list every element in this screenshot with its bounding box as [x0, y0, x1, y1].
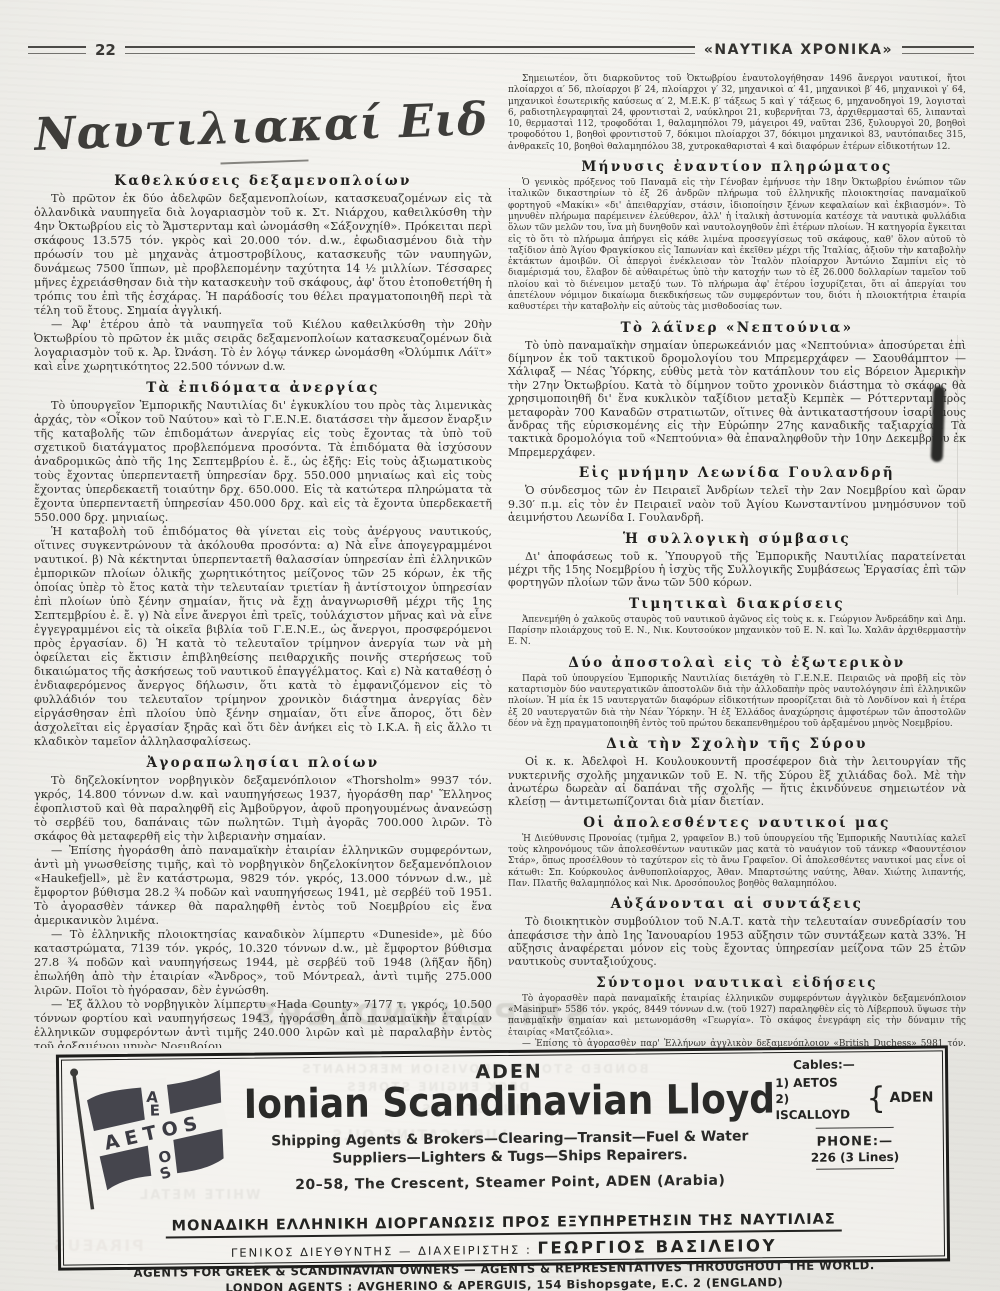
svg-text:E: E [150, 1101, 161, 1119]
section-heading: Δύο ἀποστολαὶ εἰς τὸ ἐξωτερικὸν [508, 655, 966, 671]
article-body: Ναυτιλιακαί Ειδήσεις Καθελκύσεις δεξαμεν… [34, 70, 966, 1048]
section-heading: Τιμητικαὶ διακρίσεις [508, 596, 966, 612]
script-headline: Ναυτιλιακαί Ειδήσεις [34, 70, 492, 175]
cables-label: Cables:— [775, 1056, 933, 1072]
scanned-magazine-page: { "page": { "number": "22", "masthead": … [0, 0, 1000, 1291]
cables-row: 1) AETOS2) ISCALLOYD { ADEN [775, 1073, 933, 1123]
section-heading: Σύντομοι ναυτικαὶ εἰδήσεις [508, 975, 966, 991]
aetos-flag-logo: AETOS A E O S [65, 1062, 245, 1216]
paragraph: Τὸ δηζελοκίνητον νορβηγικὸν δεξαμενόπλοι… [34, 774, 492, 844]
right-column: Σημειωτέον, ὅτι διαρκοῦντος τοῦ Ὀκτωβρίο… [508, 70, 966, 1048]
magazine-masthead: «ΝΑΥΤΙΚΑ ΧΡΟΝΙΚΑ» [704, 42, 893, 58]
page-number: 22 [95, 41, 116, 59]
paragraph: — Τὸ ἑλληνικῆς πλοιοκτησίας καναδικὸν λί… [34, 928, 492, 998]
section-heading: Μήνυσις ἐναντίον πληρώματος [508, 159, 966, 175]
paragraph: — Ἀφ' ἑτέρου ἀπὸ τὰ ναυπηγεῖα τοῦ Κιέλου… [34, 318, 492, 374]
paragraph: — Ἐξ ἄλλου τὸ νορβηγικὸν λίμπερτυ «Hada … [34, 998, 492, 1048]
paragraph: Τὸ ὑπὸ παναμαϊκὴν σημαίαν ὑπερωκεάνιόν μ… [508, 339, 966, 460]
section-heading: Ἡ συλλογικὴ σύμβασις [508, 531, 966, 547]
paragraph: Ὁ γενικὸς πρόξενος τοῦ Παναμᾶ εἰς τὴν Γέ… [508, 178, 966, 314]
cables-list: 1) AETOS2) ISCALLOYD [775, 1074, 861, 1123]
section-heading: Τὰ ἐπιδόματα ἀνεργίας [34, 380, 492, 396]
paragraph: Ἀπενεμήθη ὁ χαλκοῦς σταυρὸς τοῦ ναυτικοῦ… [508, 615, 966, 649]
paragraph: Τὸ ἀγορασθὲν παρὰ παναμαϊκῆς ἑταιρίας ἑλ… [508, 994, 966, 1039]
section-heading: Τὸ λάϊνερ «Νεπτούνια» [508, 320, 966, 336]
section-heading: Οἱ ἀπολεσθέντες ναυτικοί μας [508, 815, 966, 831]
director-name: ΓΕΩΡΓΙΟΣ ΒΑΣΙΛΕΙΟΥ [537, 1236, 777, 1258]
header-rule-right [902, 46, 974, 54]
section-heading: Εἰς μνήμην Λεωνίδα Γουλανδρῆ [508, 465, 966, 481]
left-column-blocks: Καθελκύσεις δεξαμενοπλοίωνΤὸ πρῶτον ἐκ δ… [34, 173, 492, 1048]
section-heading: Καθελκύσεις δεξαμενοπλοίων [34, 173, 492, 189]
paragraph: Δι' ἀποφάσεως τοῦ κ. Ὑπουργοῦ τῆς Ἐμπορι… [508, 550, 966, 590]
section-heading: Διὰ τὴν Σχολὴν τῆς Σύρου [508, 736, 966, 752]
aetos-flag-icon: AETOS A E O S [65, 1062, 239, 1212]
ad-top-row: AETOS A E O S ADEN Ionian Scandinavian L… [59, 1048, 947, 1215]
section-heading: Ἀγοραπωλησίαι πλοίων [34, 755, 492, 771]
phone-label: PHONE:— [776, 1133, 934, 1150]
cable-item: 1) AETOS [775, 1074, 860, 1091]
ad-main: ADEN Ionian Scandinavian Lloyd Shipping … [243, 1056, 777, 1214]
paragraph: Ὁ σύνδεσμος τῶν ἐν Πειραιεῖ Ἀνδρίων τελε… [508, 484, 966, 524]
header-rule-middle [125, 46, 695, 54]
section-heading: Αὐξάνονται αἱ συντάξεις [508, 896, 966, 912]
director-label: ΓΕΝΙΚΟΣ ΔΙΕΥΘΥΝΤΗΣ — ΔΙΑΧΕΙΡΙΣΤΗΣ : [231, 1243, 532, 1260]
left-column: Ναυτιλιακαί Ειδήσεις Καθελκύσεις δεξαμεν… [34, 70, 492, 1048]
phone-number: 226 (3 Lines) [776, 1149, 934, 1165]
ad-company-name: Ionian Scandinavian Lloyd [243, 1080, 775, 1127]
paragraph: Οἱ κ. κ. Ἀδελφοὶ Η. Κουλουκουντῆ προσέφε… [508, 755, 966, 809]
paragraph: Ἡ Διεύθυνσις Προνοίας (τμῆμα 2, γραφεῖον… [508, 834, 966, 890]
page-header: 22 «ΝΑΥΤΙΚΑ ΧΡΟΝΙΚΑ» [28, 41, 974, 59]
paragraph: Τὸ ὑπουργεῖον Ἐμπορικῆς Ναυτιλίας δι' ἐγ… [34, 399, 492, 525]
paragraph: Σημειωτέον, ὅτι διαρκοῦντος τοῦ Ὀκτωβρίο… [508, 74, 966, 153]
ad-bottom-rows: ΜΟΝΑΔΙΚΗ ΕΛΛΗΝΙΚΗ ΔΙΟΡΓΑΝΩΣΙΣ ΠΡΟΣ ΕΞΥΠΗ… [61, 1207, 948, 1291]
brace-glyph: { [866, 1081, 885, 1116]
cables-rule [816, 1126, 894, 1128]
paragraph: Παρὰ τοῦ ὑπουργείου Ἐμπορικῆς Ναυτιλίας … [508, 674, 966, 730]
header-rule-left [28, 46, 86, 54]
paragraph: Τὸ διοικητικὸν συμβούλιον τοῦ Ν.Α.Τ. κατ… [508, 915, 966, 969]
ad-contact-block: Cables:— 1) AETOS2) ISCALLOYD { ADEN PHO… [775, 1054, 935, 1208]
cable-item: 2) ISCALLOYD [775, 1090, 860, 1123]
paragraph: Τὸ πρῶτον ἐκ δύο ἀδελφῶν δεξαμενοπλοίων,… [34, 192, 492, 318]
ad-greek-slogan: ΜΟΝΑΔΙΚΗ ΕΛΛΗΝΙΚΗ ΔΙΟΡΓΑΝΩΣΙΣ ΠΡΟΣ ΕΞΥΠΗ… [166, 1211, 842, 1238]
ad-address: 20–58, The Crescent, Steamer Point, ADEN… [244, 1172, 776, 1194]
paragraph: — Ἐπίσης ἠγοράσθη ἀπὸ παναμαϊκὴν ἑταιρία… [34, 844, 492, 928]
cables-place: ADEN [890, 1090, 934, 1106]
paragraph: Ἡ καταβολὴ τοῦ ἐπιδόματος θὰ γίνεται εἰς… [34, 525, 492, 749]
ad-services: Shipping Agents & Brokers—Clearing—Trans… [244, 1127, 776, 1169]
ionian-scandinavian-lloyd-ad: AETOS A E O S ADEN Ionian Scandinavian L… [56, 1045, 950, 1270]
phone-rule [816, 1167, 894, 1169]
